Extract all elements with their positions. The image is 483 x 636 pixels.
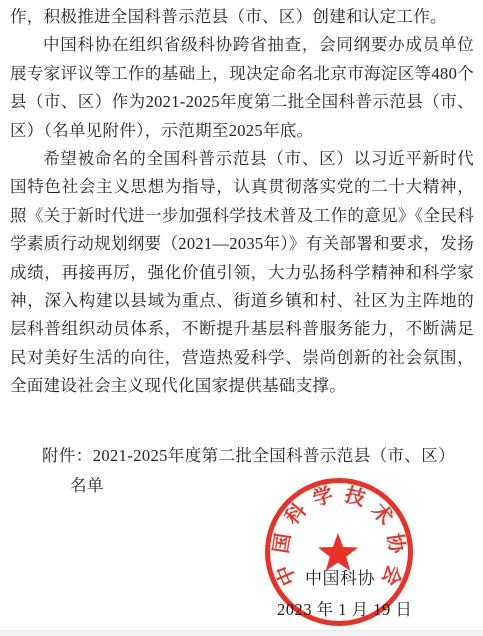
body-line: 县（市、区）作为2021-2025年度第二批全国科普示范县（市、: [10, 88, 474, 116]
body-line: 学素质行动规划纲要（2021—2035年）》有关部署和要求，发扬: [10, 230, 474, 258]
attachment-line: 附件：2021-2025年度第二批全国科普示范县（市、区）: [42, 441, 455, 471]
body-line: 成绩，再接再厉，强化价值引领，大力弘扬科学精神和科学家精: [10, 259, 474, 287]
body-line: 全面建设社会主义现代化国家提供基础支撑。: [10, 372, 474, 400]
document-page: 作，积极推进全国科普示范县（市、区）创建和认定工作。 中国科协在组织省级科协跨省…: [0, 0, 483, 636]
body-line: 神，深入构建以县域为重点、街道乡镇和村、社区为主阵地的基: [10, 287, 474, 315]
body-line: 照《关于新时代进一步加强科学技术普及工作的意见》《全民科: [10, 202, 474, 230]
seal-ring-char: 协: [383, 531, 410, 555]
seal-ring-char: 国: [269, 532, 295, 555]
signature-date: 2023 年 1 月 19 日: [277, 601, 412, 619]
body-line: 层科普组织动员体系，不断提升基层科普服务能力，不断满足人: [10, 315, 474, 343]
body-line: 民对美好生活的向往，营造热爱科学、崇尚创新的社会氛围，为: [10, 344, 474, 372]
seal-ring-char: 中: [271, 561, 301, 589]
body-line: 展专家评议等工作的基础上，现决定命名北京市海淀区等480个: [10, 60, 474, 88]
body-line: 中国科协在组织省级科协跨省抽查，会同纲要办成员单位开: [10, 31, 474, 59]
seal-ring-char: 会: [377, 561, 407, 589]
body-line: 国特色社会主义思想为指导，认真贯彻落实党的二十大精神，按: [10, 173, 474, 201]
body-line: 区）（名单见附件），示范期至2025年底。: [10, 117, 474, 145]
body-line: 作，积极推进全国科普示范县（市、区）创建和认定工作。: [10, 3, 474, 31]
attachment-block: 附件：2021-2025年度第二批全国科普示范县（市、区） 名单: [42, 441, 455, 501]
body-line: 希望被命名的全国科普示范县（市、区）以习近平新时代中: [10, 145, 474, 173]
seal-ring-char: 科: [280, 498, 312, 530]
signature-org-name: 中国科协: [305, 570, 375, 588]
seal-star-icon: [318, 533, 358, 571]
attachment-line-continuation: 名单: [42, 471, 455, 501]
document-body: 作，积极推进全国科普示范县（市、区）创建和认定工作。 中国科协在组织省级科协跨省…: [10, 3, 474, 400]
seal-ring-char: 术: [366, 498, 398, 530]
viewer-bottom-edge: [0, 630, 483, 636]
